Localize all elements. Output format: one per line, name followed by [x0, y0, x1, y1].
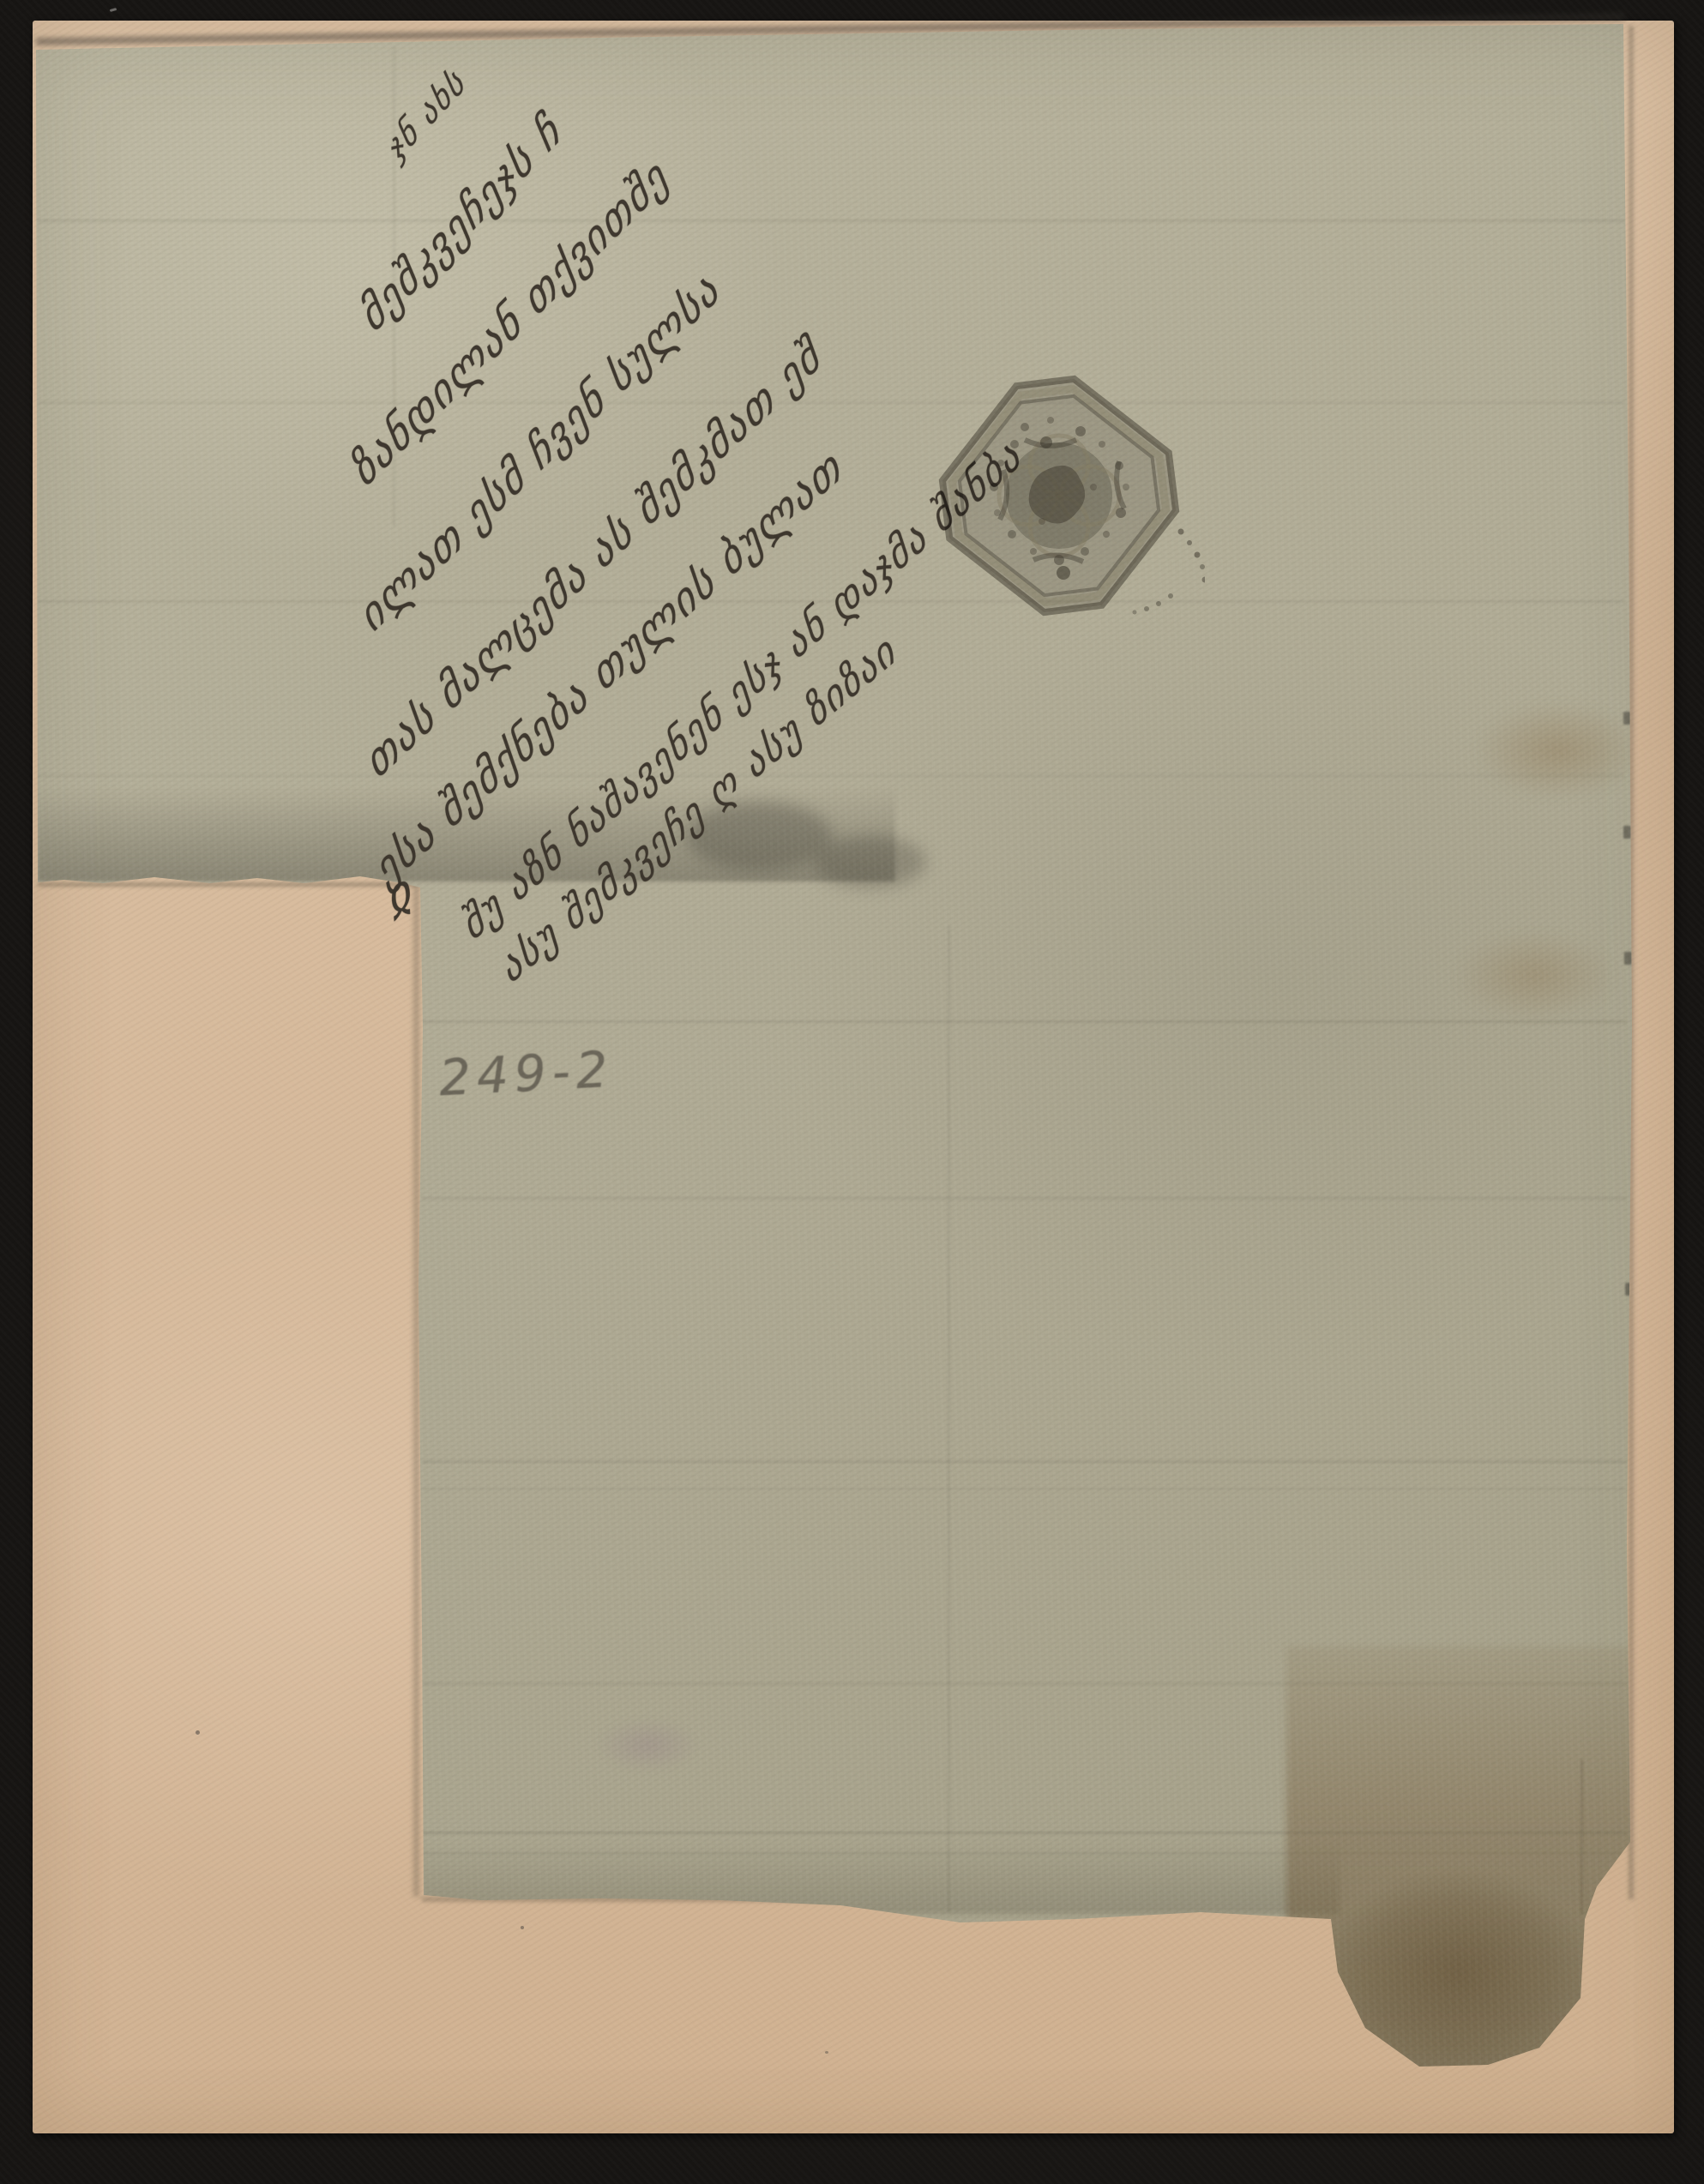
fold-crease [38, 774, 1624, 777]
fold-crease [422, 1020, 1627, 1023]
dust-speck [110, 8, 117, 12]
fold-crease [422, 1460, 1627, 1463]
document-left-edge-shadow [413, 885, 419, 1897]
ink-seal-impression [922, 358, 1205, 641]
fold-crease [422, 1197, 1627, 1200]
fold-crease-vertical [948, 926, 950, 1912]
paper-speck [521, 1926, 524, 1929]
ink-bleed-through [596, 1718, 699, 1772]
fold-crease [38, 220, 1624, 222]
archival-number-pencil: 249-2 [437, 1040, 615, 1108]
water-stain [1473, 701, 1645, 800]
fold-crease [38, 401, 1624, 404]
water-stain [1454, 930, 1617, 1020]
paper-speck [825, 2051, 828, 2054]
scanned-page: ჯნ ახს მეშკვეჩეჯს ჩ ზანდილან თქვითშე ილა… [0, 0, 1704, 2184]
edge-ink-mark [1623, 826, 1631, 839]
torn-edge-shadow [38, 882, 422, 887]
paper-speck [196, 1730, 200, 1735]
edge-ink-mark [1624, 952, 1632, 965]
dark-smudge [815, 836, 926, 887]
fold-crease [422, 1488, 1627, 1490]
